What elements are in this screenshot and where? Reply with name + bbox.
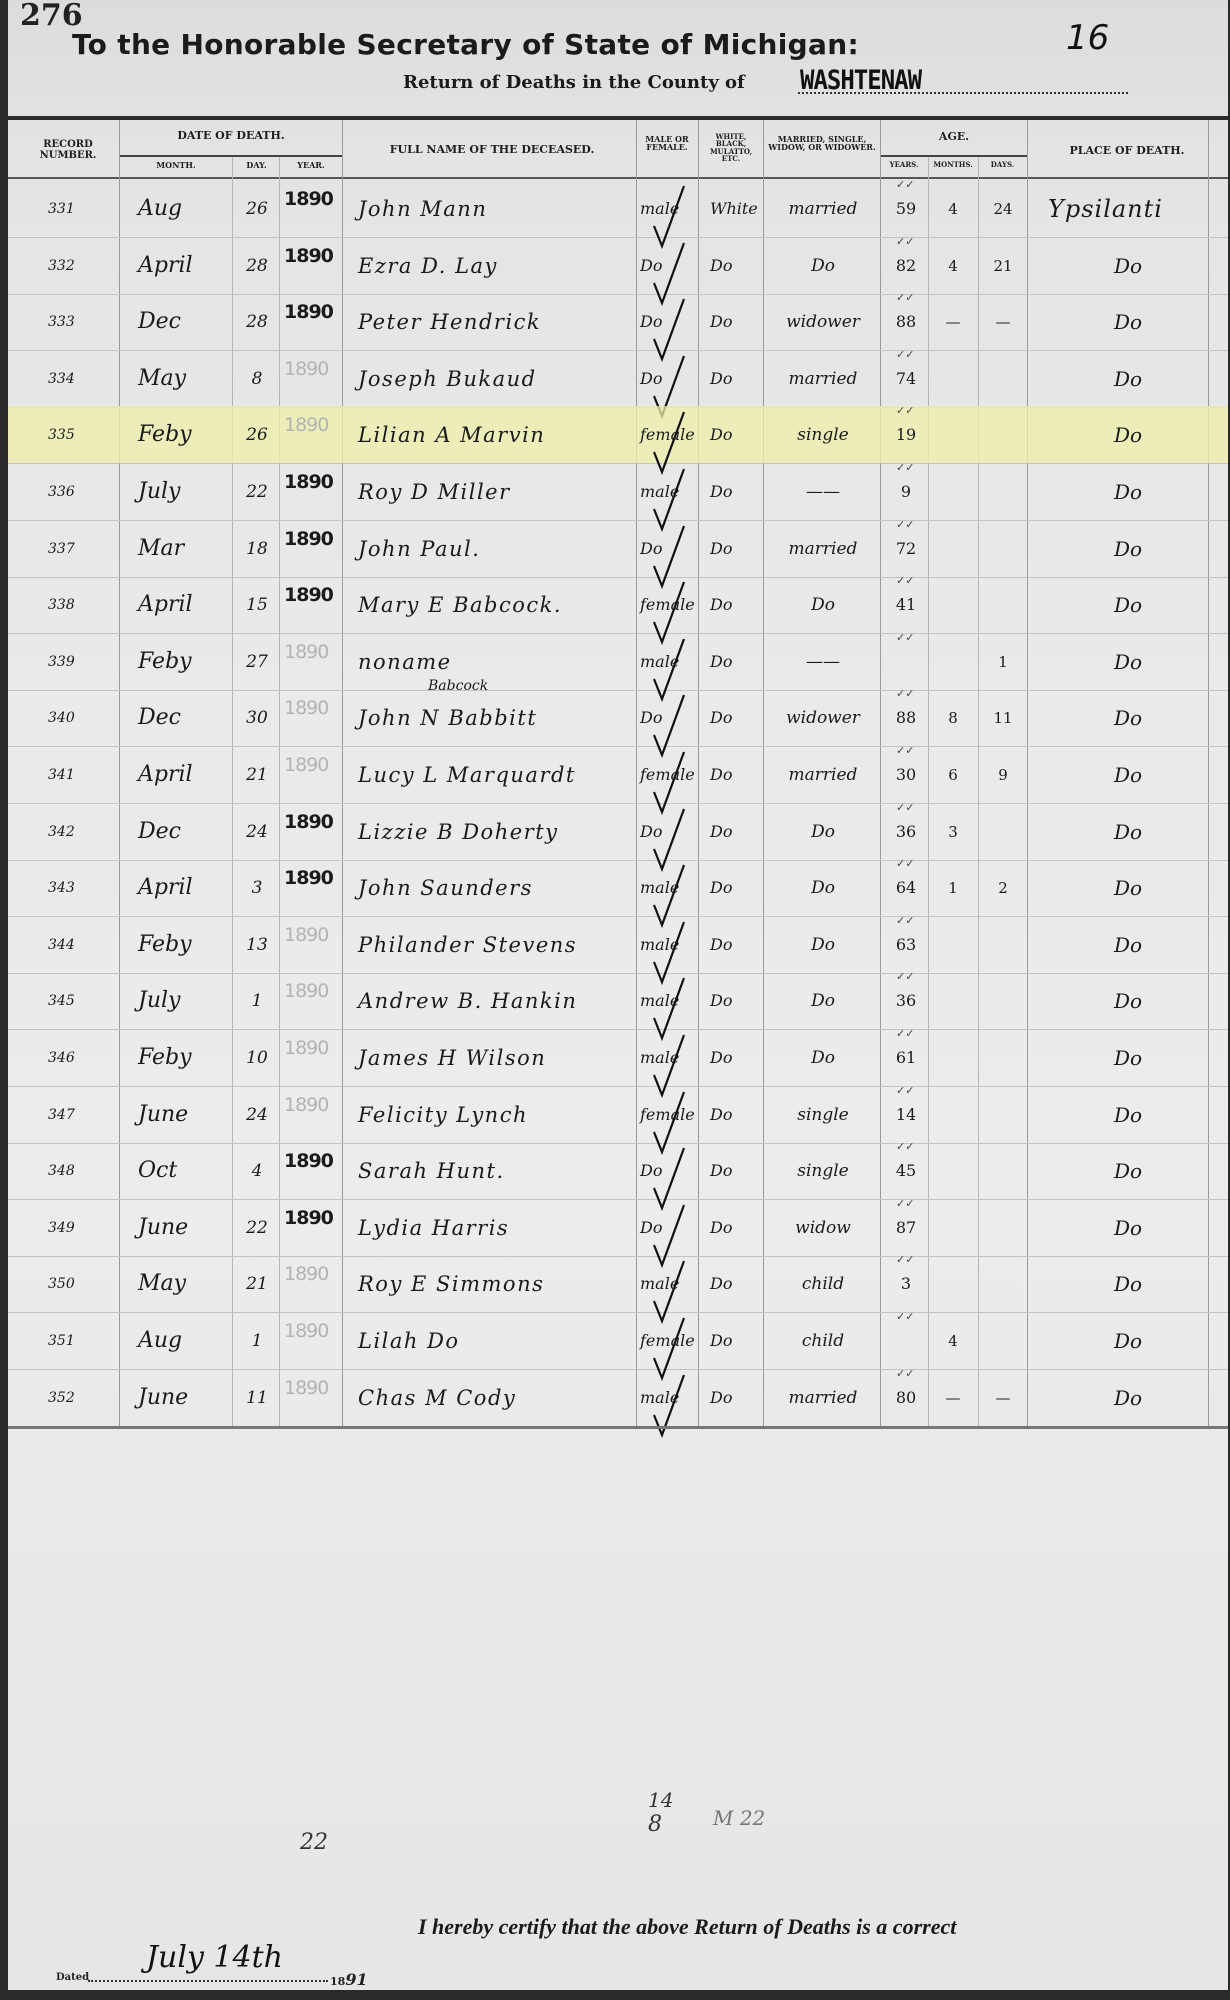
verification-tick-icon: ✓✓ [896,574,914,587]
deceased-name: Lilian A Marvin [358,418,636,452]
verification-tick-icon: ✓✓ [896,631,914,644]
age-days [980,1324,1026,1358]
header-day: DAY. [233,161,280,169]
death-year: 1890 [284,805,342,839]
death-year: 1890 [284,861,342,895]
verification-tick-icon: ✓✓ [896,235,914,248]
table-row: 344Feby131890Philander StevensmaleDoDo63… [8,916,1228,974]
age-days [980,475,1026,509]
place-of-death: Do [1038,475,1218,509]
deceased-name: James H Wilson [358,1041,636,1075]
death-year: 1890 [284,691,342,725]
table-row: 339Feby271890nonameBabcockmaleDo——1Do✓✓ [8,633,1228,691]
age-days: 24 [980,192,1026,226]
date-subrule [120,155,342,157]
total-tally: M 22 [713,1806,765,1830]
place-of-death: Ypsilanti [1048,192,1228,226]
record-number: 348 [48,1154,118,1188]
table-row: 347June241890Felicity LynchfemaleDosingl… [8,1086,1228,1144]
color-value: Do [710,1041,762,1075]
death-day: 15 [236,588,278,622]
place-of-death: Do [1038,588,1218,622]
death-month: April [138,758,228,792]
record-number: 350 [48,1267,118,1301]
age-days: 11 [980,701,1026,735]
verification-tick-icon: ✓✓ [896,461,914,474]
age-years: 88 [884,305,928,339]
marital-status: married [768,1381,878,1415]
verification-tick-icon: ✓✓ [896,914,914,927]
death-day: 10 [236,1041,278,1075]
marital-status: —— [768,645,878,679]
death-day: 24 [236,815,278,849]
sex-tally-lower: 8 [648,1812,662,1837]
death-day: 21 [236,1267,278,1301]
death-day: 3 [236,871,278,905]
deceased-name: Lucy L Marquardt [358,758,636,792]
age-years: 64 [884,871,928,905]
deceased-name: noname [358,645,636,679]
death-year: 1890 [284,522,342,556]
deceased-name: Lizzie B Doherty [358,815,636,849]
place-of-death: Do [1038,1324,1218,1358]
death-year: 1890 [284,465,342,499]
place-of-death: Do [1038,532,1218,566]
verification-tick-icon: ✓✓ [896,1367,914,1380]
page-title: To the Honorable Secretary of State of M… [72,28,859,61]
color-value: Do [710,1098,762,1132]
color-value: Do [710,362,762,396]
death-year: 1890 [284,974,342,1008]
deceased-name: John Paul. [358,532,636,566]
header-month: MONTH. [120,161,232,169]
color-value: Do [710,1324,762,1358]
place-of-death: Do [1038,1041,1218,1075]
death-year: 1890 [284,295,342,329]
table-row: 342Dec241890Lizzie B DohertyDoDoDo363Do✓… [8,803,1228,861]
death-year: 1890 [284,1201,342,1235]
age-years: 82 [884,249,928,283]
age-months: 4 [930,249,976,283]
verification-tick-icon: ✓✓ [896,178,914,191]
death-day: 1 [236,984,278,1018]
age-days [980,1211,1026,1245]
death-day: 13 [236,928,278,962]
age-years: 88 [884,701,928,735]
age-months [930,1211,976,1245]
header-age-months: MONTHS. [928,161,978,168]
header-record-number: RECORD NUMBER. [18,140,118,161]
death-day: 24 [236,1098,278,1132]
dated-label: Dated [56,1972,89,1983]
place-of-death: Do [1038,249,1218,283]
record-number: 337 [48,532,118,566]
header-age-years: YEARS. [881,161,927,168]
record-number: 352 [48,1381,118,1415]
death-day: 8 [236,362,278,396]
deceased-name: Roy D Miller [358,475,636,509]
record-number: 351 [48,1324,118,1358]
color-value: Do [710,645,762,679]
marital-status: single [768,418,878,452]
age-days [980,984,1026,1018]
death-month: Feby [138,1041,228,1075]
death-month: May [138,362,228,396]
place-of-death: Do [1038,1211,1218,1245]
death-day: 22 [236,1211,278,1245]
marital-status: Do [768,588,878,622]
death-month: July [138,475,228,509]
place-of-death: Do [1038,418,1218,452]
death-year: 1890 [284,918,342,952]
table-row: 346Feby101890James H WilsonmaleDoDo61Do✓… [8,1029,1228,1087]
age-years: 19 [884,418,928,452]
dated-value: July 14th [146,1940,283,1975]
death-month: Feby [138,928,228,962]
age-years: 14 [884,1098,928,1132]
age-years: 3 [884,1267,928,1301]
header-year: YEAR. [280,161,342,169]
marital-status: widower [768,305,878,339]
age-months [930,1098,976,1132]
place-of-death: Do [1038,928,1218,962]
table-top-rule [8,116,1228,120]
deceased-name: Felicity Lynch [358,1098,636,1132]
verification-tick-icon: ✓✓ [896,744,914,757]
table-row: 331Aug261890John MannmaleWhitemarried594… [8,180,1228,238]
deceased-name: Peter Hendrick [358,305,636,339]
verification-tick-icon: ✓✓ [896,291,914,304]
sex-tally-upper: 14 [648,1788,673,1812]
age-days: 9 [980,758,1026,792]
marital-status: widower [768,701,878,735]
age-months: — [930,305,976,339]
record-number: 344 [48,928,118,962]
death-month: June [138,1211,228,1245]
verification-tick-icon: ✓✓ [896,1253,914,1266]
age-days [980,1267,1026,1301]
death-year: 1890 [284,1257,342,1291]
verification-tick-icon: ✓✓ [896,1140,914,1153]
place-of-death: Do [1038,1267,1218,1301]
place-of-death: Do [1038,362,1218,396]
record-number: 340 [48,701,118,735]
age-days [980,1098,1026,1132]
marital-status: Do [768,815,878,849]
deceased-name: Lydia Harris [358,1211,636,1245]
death-year: 1890 [284,182,342,216]
death-month: Aug [138,192,228,226]
age-days [980,362,1026,396]
age-months [930,418,976,452]
record-number: 335 [48,418,118,452]
age-years: 36 [884,815,928,849]
death-day: 30 [236,701,278,735]
death-year: 1890 [284,239,342,273]
marital-status: widow [768,1211,878,1245]
age-months: 3 [930,815,976,849]
deceased-name: Ezra D. Lay [358,249,636,283]
record-number: 343 [48,871,118,905]
death-month: Dec [138,815,228,849]
marital-status: Do [768,1041,878,1075]
table-row: 350May211890Roy E SimmonsmaleDochild3Do✓… [8,1255,1228,1313]
age-days [980,532,1026,566]
age-days: 2 [980,871,1026,905]
age-months: 8 [930,701,976,735]
page-subtitle: Return of Deaths in the County of [403,72,745,93]
record-number: 347 [48,1098,118,1132]
age-months [930,928,976,962]
color-value: Do [710,588,762,622]
age-months [930,475,976,509]
record-number: 338 [48,588,118,622]
death-year: 1890 [284,578,342,612]
color-value: Do [710,815,762,849]
verification-tick-icon: ✓✓ [896,801,914,814]
death-month: April [138,249,228,283]
table-row: 348Oct41890Sarah Hunt.DoDosingle45Do✓✓ [8,1142,1228,1200]
death-day: 21 [236,758,278,792]
age-days: 21 [980,249,1026,283]
place-of-death: Do [1038,871,1218,905]
death-year: 1890 [284,408,342,442]
age-months [930,984,976,1018]
age-years: 9 [884,475,928,509]
age-subrule [881,155,1027,157]
place-of-death: Do [1038,815,1218,849]
color-value: Do [710,1154,762,1188]
age-years: 87 [884,1211,928,1245]
age-months [930,532,976,566]
verification-tick-icon: ✓✓ [896,857,914,870]
death-month: June [138,1098,228,1132]
death-month: April [138,871,228,905]
marital-status: child [768,1267,878,1301]
color-value: Do [710,249,762,283]
age-months: — [930,1381,976,1415]
table-row: 336July221890Roy D MillermaleDo——9Do✓✓ [8,463,1228,521]
deceased-name: Chas M Cody [358,1381,636,1415]
color-value: Do [710,984,762,1018]
deceased-name: Mary E Babcock. [358,588,636,622]
marital-status: Do [768,984,878,1018]
table-bottom-rule [8,1426,1228,1429]
death-day: 4 [236,1154,278,1188]
age-years: 59 [884,192,928,226]
age-years: 36 [884,984,928,1018]
header-age-days: DAYS. [978,161,1027,168]
death-day: 26 [236,192,278,226]
age-months [930,645,976,679]
age-years: 63 [884,928,928,962]
age-days [980,928,1026,962]
deceased-name: Roy E Simmons [358,1267,636,1301]
death-day: 28 [236,249,278,283]
table-row: 341April211890Lucy L MarquardtfemaleDoma… [8,746,1228,804]
marital-status: Do [768,871,878,905]
deceased-name: John Saunders [358,871,636,905]
color-value: Do [710,475,762,509]
record-number: 349 [48,1211,118,1245]
age-years: 72 [884,532,928,566]
marital-status: married [768,758,878,792]
record-number: 334 [48,362,118,396]
death-month: July [138,984,228,1018]
color-value: Do [710,532,762,566]
deceased-name: Philander Stevens [358,928,636,962]
dated-year: 1891 [330,1970,368,1989]
death-year: 1890 [284,748,342,782]
table-row: 334May81890Joseph BukaudDoDomarried74Do✓… [8,350,1228,408]
dated-fill-line [88,1980,328,1982]
place-of-death: Do [1038,984,1218,1018]
table-row: 333Dec281890Peter HendrickDoDowidower88—… [8,293,1228,351]
verification-tick-icon: ✓✓ [896,1310,914,1323]
age-years [884,645,928,679]
record-number: 346 [48,1041,118,1075]
record-number: 339 [48,645,118,679]
death-day: 28 [236,305,278,339]
header-date-of-death: DATE OF DEATH. [120,130,342,142]
verification-tick-icon: ✓✓ [896,687,914,700]
age-years: 30 [884,758,928,792]
death-day: 18 [236,532,278,566]
death-year: 1890 [284,1088,342,1122]
age-days [980,418,1026,452]
color-value: Do [710,1267,762,1301]
table-row: 337Mar181890John Paul.DoDomarried72Do✓✓ [8,520,1228,578]
age-days: 1 [980,645,1026,679]
record-number: 333 [48,305,118,339]
marital-status: married [768,532,878,566]
death-month: Oct [138,1154,228,1188]
age-months: 4 [930,1324,976,1358]
death-day: 11 [236,1381,278,1415]
record-number: 341 [48,758,118,792]
table-row: 343April31890John SaundersmaleDoDo6412Do… [8,859,1228,917]
table-header-rule [8,177,1228,179]
marital-status: married [768,192,878,226]
color-value: Do [710,928,762,962]
verification-tick-icon: ✓✓ [896,1027,914,1040]
marital-status: married [768,362,878,396]
deceased-name: Sarah Hunt. [358,1154,636,1188]
age-years [884,1324,928,1358]
table-row: 352June111890Chas M CodymaleDomarried80—… [8,1369,1228,1427]
verification-tick-icon: ✓✓ [896,348,914,361]
marital-status: single [768,1154,878,1188]
table-row: 340Dec301890John N BabbittDoDowidower888… [8,689,1228,747]
age-years: 41 [884,588,928,622]
age-days [980,1041,1026,1075]
death-year: 1890 [284,635,342,669]
death-month: Feby [138,418,228,452]
death-return-page: 276 16 To the Honorable Secretary of Sta… [8,0,1228,1990]
table-row: 345July11890Andrew B. HankinmaleDoDo36Do… [8,972,1228,1030]
death-month: May [138,1267,228,1301]
color-value: Do [710,1211,762,1245]
age-months: 1 [930,871,976,905]
death-year: 1890 [284,1371,342,1405]
marital-status: single [768,1098,878,1132]
age-months: 6 [930,758,976,792]
record-number: 331 [48,192,118,226]
age-months [930,1267,976,1301]
age-years: 74 [884,362,928,396]
place-of-death: Do [1038,1098,1218,1132]
death-month: April [138,588,228,622]
header-full-name: FULL NAME OF THE DECEASED. [348,144,636,156]
county-name: WASHTENAW [800,65,921,96]
death-year: 1890 [284,1314,342,1348]
age-months [930,588,976,622]
verification-tick-icon: ✓✓ [896,970,914,983]
death-month: June [138,1381,228,1415]
age-years: 80 [884,1381,928,1415]
age-days [980,588,1026,622]
age-years: 45 [884,1154,928,1188]
place-of-death: Do [1038,1381,1218,1415]
year-prefix: 18 [330,1975,345,1988]
death-year: 1890 [284,1144,342,1178]
death-month: Dec [138,305,228,339]
death-month: Dec [138,701,228,735]
place-of-death: Do [1038,1154,1218,1188]
age-days [980,815,1026,849]
color-value: Do [710,418,762,452]
age-days: — [980,305,1026,339]
verification-tick-icon: ✓✓ [896,404,914,417]
verification-tick-icon: ✓✓ [896,1197,914,1210]
verification-tick-icon: ✓✓ [896,518,914,531]
color-value: Do [710,758,762,792]
death-day: 22 [236,475,278,509]
age-months [930,1041,976,1075]
deceased-name: Joseph Bukaud [358,362,636,396]
record-number: 332 [48,249,118,283]
marital-status: Do [768,249,878,283]
folio-number: 16 [1066,18,1109,58]
table-row: 349June221890Lydia HarrisDoDowidow87Do✓✓ [8,1199,1228,1257]
color-value: White [710,192,762,226]
place-of-death: Do [1038,305,1218,339]
certification-statement: I hereby certify that the above Return o… [418,1914,956,1940]
age-months [930,1154,976,1188]
record-number: 345 [48,984,118,1018]
color-value: Do [710,1381,762,1415]
record-number: 342 [48,815,118,849]
marital-status: —— [768,475,878,509]
deceased-name: Lilah Do [358,1324,636,1358]
header-sex: MALE OR FEMALE. [638,135,696,152]
color-value: Do [710,871,762,905]
death-month: Mar [138,532,228,566]
death-month: Feby [138,645,228,679]
color-value: Do [710,305,762,339]
death-year: 1890 [284,1031,342,1065]
age-days [980,1154,1026,1188]
deceased-name: John N Babbitt [358,701,636,735]
marital-status: child [768,1324,878,1358]
death-month: Aug [138,1324,228,1358]
age-months [930,362,976,396]
death-day: 26 [236,418,278,452]
table-row: 338April151890Mary E Babcock.femaleDoDo4… [8,576,1228,634]
header-place-of-death: PLACE OF DEATH. [1028,145,1226,157]
place-of-death: Do [1038,645,1218,679]
header-marital: MARRIED, SINGLE, WIDOW, OR WIDOWER. [765,135,879,152]
